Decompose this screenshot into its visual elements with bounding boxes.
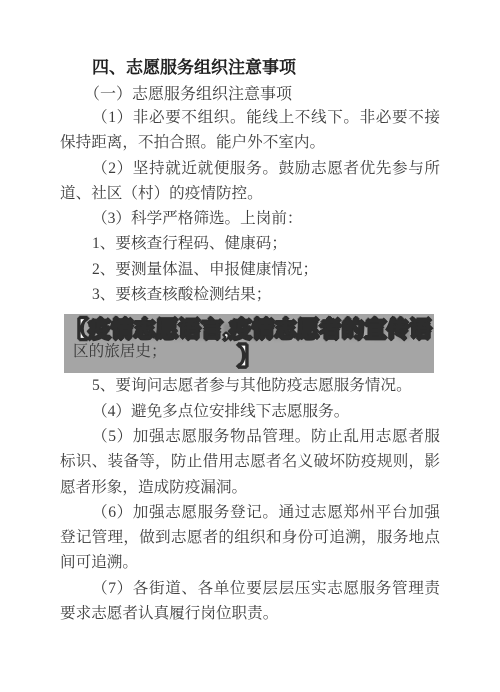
underlying-document-text: 区的旅居史； xyxy=(73,341,167,363)
document-line: （4）避免多点位安排线下志愿服务。 xyxy=(60,399,440,424)
document-line: （7）各街道、各单位要层层压实志愿服务管理责任， xyxy=(60,576,440,601)
watermark-title-line1: 【疫情志愿语言,疫情志愿者的宣传语 xyxy=(64,316,434,344)
document-line: （5）加强志愿服务物品管理。防止乱用志愿者服装、 xyxy=(60,424,440,449)
document-line: （6）加强志愿服务登记。通过志愿郑州平台加强服务 xyxy=(60,500,440,525)
watermark-banner: 【疫情志愿语言,疫情志愿者的宣传语 】 区的旅居史； xyxy=(64,314,434,373)
document-line: 保持距离，不拍合照。能户外不室内。 xyxy=(60,130,440,155)
document-page: 四、志愿服务组织注意事项 （一）志愿服务组织注意事项 （1）非必要不组织。能线上… xyxy=(0,0,500,692)
document-line: 要求志愿者认真履行岗位职责。 xyxy=(60,601,440,626)
section-heading: 四、志愿服务组织注意事项 xyxy=(60,53,440,78)
document-line: 1、要核查行程码、健康码； xyxy=(60,231,440,256)
document-line: 2、要测量体温、申报健康情况； xyxy=(60,257,440,282)
subsection-heading: （一）志愿服务组织注意事项 xyxy=(60,81,440,104)
document-line: 间可追溯。 xyxy=(60,550,440,575)
document-line: （1）非必要不组织。能线上不线下。非必要不接触， xyxy=(60,105,440,130)
document-line: （2）坚持就近就便服务。鼓励志愿者优先参与所在街 xyxy=(60,156,440,181)
document-line: 3、要核查核酸检测结果； xyxy=(60,282,440,307)
document-line: 登记管理，做到志愿者的组织和身份可追溯，服务地点和时 xyxy=(60,525,440,550)
document-line: 道、社区（村）的疫情防控。 xyxy=(60,181,440,206)
document-line: 愿者形象，造成防疫漏洞。 xyxy=(60,475,440,500)
document-line: 标识、装备等，防止借用志愿者名义破坏防疫规则，影响志 xyxy=(60,449,440,474)
document-line: （3）科学严格筛选。上岗前： xyxy=(60,206,440,231)
document-line: 5、要询问志愿者参与其他防疫志愿服务情况。 xyxy=(60,373,440,398)
